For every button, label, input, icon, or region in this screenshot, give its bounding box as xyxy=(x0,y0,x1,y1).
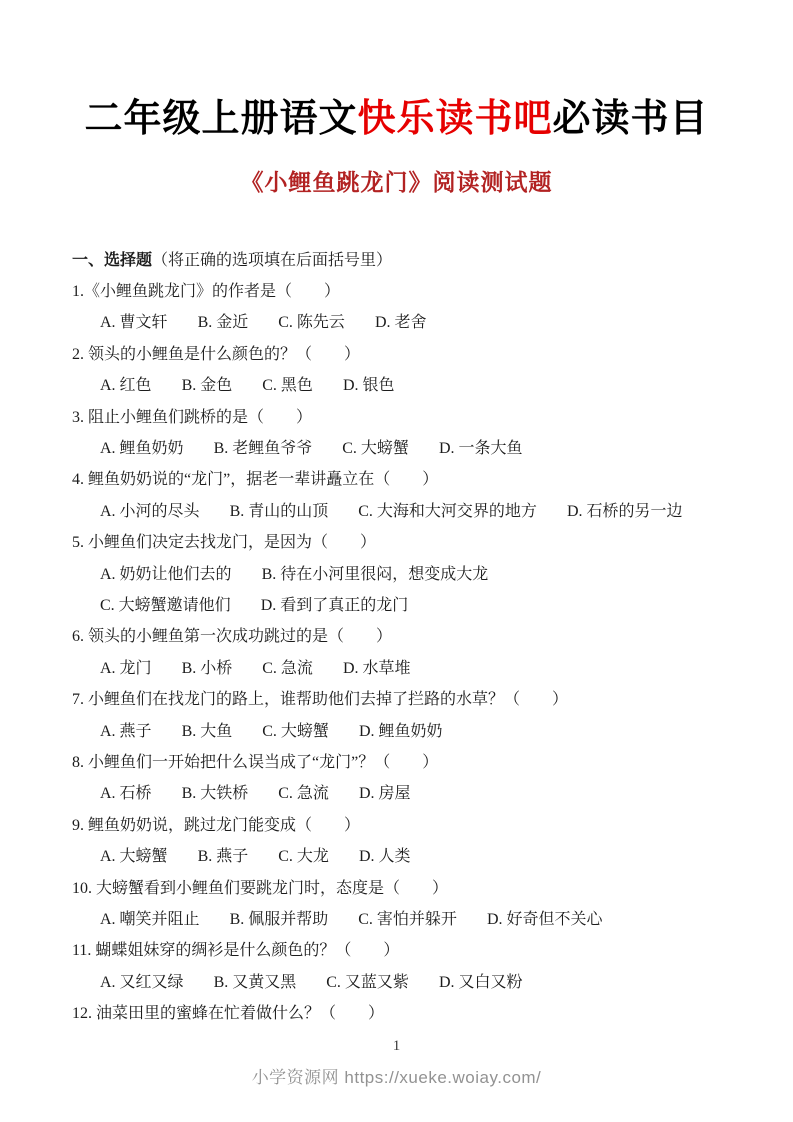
question-3: 3. 阻止小鲤鱼们跳桥的是（ ） xyxy=(72,399,743,430)
option-c: C. 又蓝又紫 xyxy=(326,969,409,992)
question-11-options: A. 又红又绿 B. 又黄又黑 C. 又蓝又紫 D. 又白又粉 xyxy=(72,964,743,995)
option-b: B. 金色 xyxy=(182,372,233,395)
question-10-options: A. 嘲笑并阻止 B. 佩服并帮助 C. 害怕并躲开 D. 好奇但不关心 xyxy=(72,902,743,933)
question-5-options-row-1: A. 奶奶让他们去的 B. 待在小河里很闷，想变成大龙 xyxy=(72,556,743,587)
option-c: C. 陈先云 xyxy=(278,309,345,332)
title-part-2-red: 快乐读书吧 xyxy=(357,98,552,140)
option-d: D. 石桥的另一边 xyxy=(567,498,683,521)
question-9-options: A. 大螃蟹 B. 燕子 C. 大龙 D. 人类 xyxy=(72,839,743,870)
page-number: 1 xyxy=(0,1038,793,1055)
option-d: D. 房屋 xyxy=(359,780,411,803)
question-5: 5. 小鲤鱼们决定去找龙门，是因为（ ） xyxy=(72,525,743,556)
option-c: C. 害怕并躲开 xyxy=(358,906,457,929)
question-5-options-row-2: C. 大螃蟹邀请他们 D. 看到了真正的龙门 xyxy=(72,588,743,619)
question-12: 12. 油菜田里的蜜蜂在忙着做什么？（ ） xyxy=(72,996,743,1027)
option-a: A. 鲤鱼奶奶 xyxy=(100,435,184,458)
option-d: D. 好奇但不关心 xyxy=(487,906,603,929)
question-text: 7. 小鲤鱼们在找龙门的路上，谁帮助他们去掉了拦路的水草？（ ） xyxy=(72,686,568,709)
question-8-options: A. 石桥 B. 大铁桥 C. 急流 D. 房屋 xyxy=(72,776,743,807)
option-b: B. 大鱼 xyxy=(182,718,233,741)
option-d: D. 一条大鱼 xyxy=(439,435,523,458)
document-title: 二年级上册语文快乐读书吧必读书目 xyxy=(0,0,793,144)
document-page: 二年级上册语文快乐读书吧必读书目 《小鲤鱼跳龙门》阅读测试题 一、选择题（将正确… xyxy=(0,0,793,1122)
title-part-3: 必读书目 xyxy=(553,98,709,140)
question-2: 2. 领头的小鲤鱼是什么颜色的？（ ） xyxy=(72,337,743,368)
option-b: B. 燕子 xyxy=(198,843,249,866)
option-b: B. 老鲤鱼爷爷 xyxy=(214,435,313,458)
option-d: D. 水草堆 xyxy=(343,655,411,678)
question-7-options: A. 燕子 B. 大鱼 C. 大螃蟹 D. 鲤鱼奶奶 xyxy=(72,713,743,744)
option-b: B. 大铁桥 xyxy=(182,780,249,803)
option-b: B. 待在小河里很闷，想变成大龙 xyxy=(262,561,489,584)
section-note: （将正确的选项填在后面括号里） xyxy=(152,247,392,270)
section-heading: 一、选择题（将正确的选项填在后面括号里） xyxy=(72,243,743,274)
question-8: 8. 小鲤鱼们一开始把什么误当成了“龙门”？（ ） xyxy=(72,745,743,776)
question-7: 7. 小鲤鱼们在找龙门的路上，谁帮助他们去掉了拦路的水草？（ ） xyxy=(72,682,743,713)
option-b: B. 小桥 xyxy=(182,655,233,678)
question-6-options: A. 龙门 B. 小桥 C. 急流 D. 水草堆 xyxy=(72,651,743,682)
question-6: 6. 领头的小鲤鱼第一次成功跳过的是（ ） xyxy=(72,619,743,650)
option-c: C. 大螃蟹 xyxy=(342,435,409,458)
option-c: C. 大海和大河交界的地方 xyxy=(358,498,537,521)
question-4-options: A. 小河的尽头 B. 青山的山顶 C. 大海和大河交界的地方 D. 石桥的另一… xyxy=(72,494,743,525)
question-9: 9. 鲤鱼奶奶说，跳过龙门能变成（ ） xyxy=(72,808,743,839)
question-text: 8. 小鲤鱼们一开始把什么误当成了“龙门”？（ ） xyxy=(72,749,438,772)
option-b: B. 又黄又黑 xyxy=(214,969,297,992)
question-text: 10. 大螃蟹看到小鲤鱼们要跳龙门时，态度是（ ） xyxy=(72,875,448,898)
option-d: D. 看到了真正的龙门 xyxy=(261,592,409,615)
question-1: 1.《小鲤鱼跳龙门》的作者是（ ） xyxy=(72,274,743,305)
option-c: C. 黑色 xyxy=(262,372,313,395)
question-text: 3. 阻止小鲤鱼们跳桥的是（ ） xyxy=(72,404,312,427)
option-d: D. 老舍 xyxy=(375,309,427,332)
question-10: 10. 大螃蟹看到小鲤鱼们要跳龙门时，态度是（ ） xyxy=(72,870,743,901)
option-b: B. 青山的山顶 xyxy=(230,498,329,521)
question-1-options: A. 曹文轩 B. 金近 C. 陈先云 D. 老舍 xyxy=(72,305,743,336)
option-c: C. 大螃蟹 xyxy=(262,718,329,741)
question-4: 4. 鲤鱼奶奶说的“龙门”，据老一辈讲矗立在（ ） xyxy=(72,462,743,493)
question-11: 11. 蝴蝶姐妹穿的绸衫是什么颜色的？（ ） xyxy=(72,933,743,964)
option-b: B. 佩服并帮助 xyxy=(230,906,329,929)
option-a: A. 又红又绿 xyxy=(100,969,184,992)
option-d: D. 银色 xyxy=(343,372,395,395)
question-text: 9. 鲤鱼奶奶说，跳过龙门能变成（ ） xyxy=(72,812,360,835)
question-list: 一、选择题（将正确的选项填在后面括号里） 1.《小鲤鱼跳龙门》的作者是（ ） A… xyxy=(0,243,793,1028)
question-text: 2. 领头的小鲤鱼是什么颜色的？（ ） xyxy=(72,341,360,364)
option-a: A. 龙门 xyxy=(100,655,152,678)
source-watermark: 小学资源网 https://xueke.woiay.com/ xyxy=(0,1063,793,1088)
document-subtitle: 《小鲤鱼跳龙门》阅读测试题 xyxy=(0,164,793,197)
question-text: 4. 鲤鱼奶奶说的“龙门”，据老一辈讲矗立在（ ） xyxy=(72,466,438,489)
section-label: 一、选择题 xyxy=(72,247,152,270)
option-a: A. 大螃蟹 xyxy=(100,843,168,866)
option-c: C. 大龙 xyxy=(278,843,329,866)
option-a: A. 嘲笑并阻止 xyxy=(100,906,200,929)
option-c: C. 大螃蟹邀请他们 xyxy=(100,592,231,615)
question-3-options: A. 鲤鱼奶奶 B. 老鲤鱼爷爷 C. 大螃蟹 D. 一条大鱼 xyxy=(72,431,743,462)
question-2-options: A. 红色 B. 金色 C. 黑色 D. 银色 xyxy=(72,368,743,399)
option-a: A. 曹文轩 xyxy=(100,309,168,332)
option-a: A. 小河的尽头 xyxy=(100,498,200,521)
option-b: B. 金近 xyxy=(198,309,249,332)
option-a: A. 燕子 xyxy=(100,718,152,741)
option-c: C. 急流 xyxy=(278,780,329,803)
option-d: D. 人类 xyxy=(359,843,411,866)
question-text: 11. 蝴蝶姐妹穿的绸衫是什么颜色的？（ ） xyxy=(72,937,399,960)
option-a: A. 奶奶让他们去的 xyxy=(100,561,232,584)
option-d: D. 鲤鱼奶奶 xyxy=(359,718,443,741)
option-a: A. 红色 xyxy=(100,372,152,395)
option-d: D. 又白又粉 xyxy=(439,969,523,992)
option-a: A. 石桥 xyxy=(100,780,152,803)
question-text: 6. 领头的小鲤鱼第一次成功跳过的是（ ） xyxy=(72,623,392,646)
question-text: 12. 油菜田里的蜜蜂在忙着做什么？（ ） xyxy=(72,1000,384,1023)
question-text: 1.《小鲤鱼跳龙门》的作者是（ ） xyxy=(72,278,340,301)
question-text: 5. 小鲤鱼们决定去找龙门，是因为（ ） xyxy=(72,529,376,552)
title-part-1: 二年级上册语文 xyxy=(84,98,357,140)
option-c: C. 急流 xyxy=(262,655,313,678)
